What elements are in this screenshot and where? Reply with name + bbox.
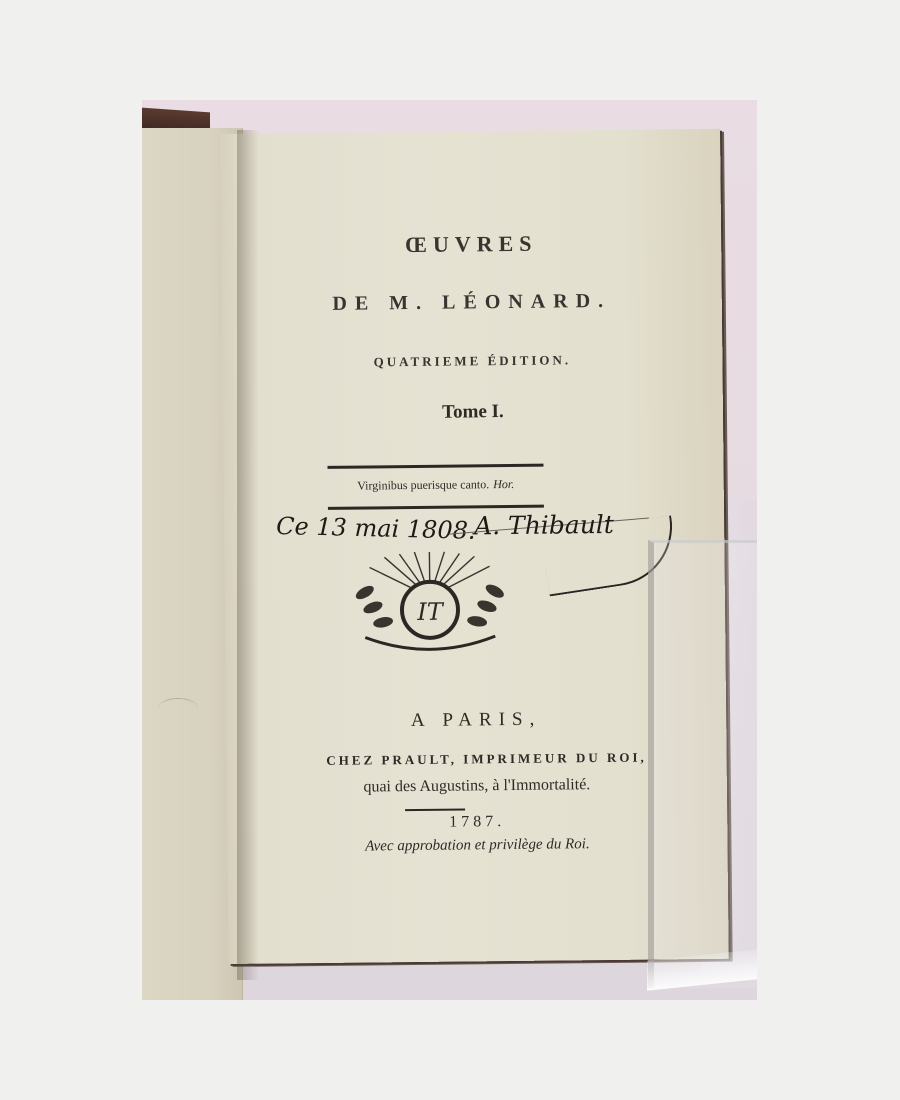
handwritten-date: Ce 13 mai 1808. bbox=[276, 512, 476, 545]
acrylic-stand bbox=[648, 540, 757, 988]
pencil-mark bbox=[158, 698, 198, 719]
gutter-shadow bbox=[237, 130, 259, 980]
epigraph-attribution: Hor. bbox=[493, 477, 514, 491]
edition-line: QUATRIEME ÉDITION. bbox=[222, 351, 722, 372]
volume-number: Tome I. bbox=[223, 399, 723, 426]
book-photo: ŒUVRES DE M. LÉONARD. QUATRIEME ÉDITION.… bbox=[142, 100, 757, 1000]
book-title: ŒUVRES bbox=[221, 229, 721, 260]
epigraph-box: Virginibus puerisque canto. Hor. bbox=[327, 464, 543, 510]
divider-rule bbox=[405, 808, 465, 811]
epigraph-text: Virginibus puerisque canto. bbox=[357, 477, 489, 492]
book-author: DE M. LÉONARD. bbox=[222, 289, 722, 317]
svg-text:IT: IT bbox=[416, 598, 445, 626]
printers-device-icon: IT bbox=[344, 551, 515, 663]
